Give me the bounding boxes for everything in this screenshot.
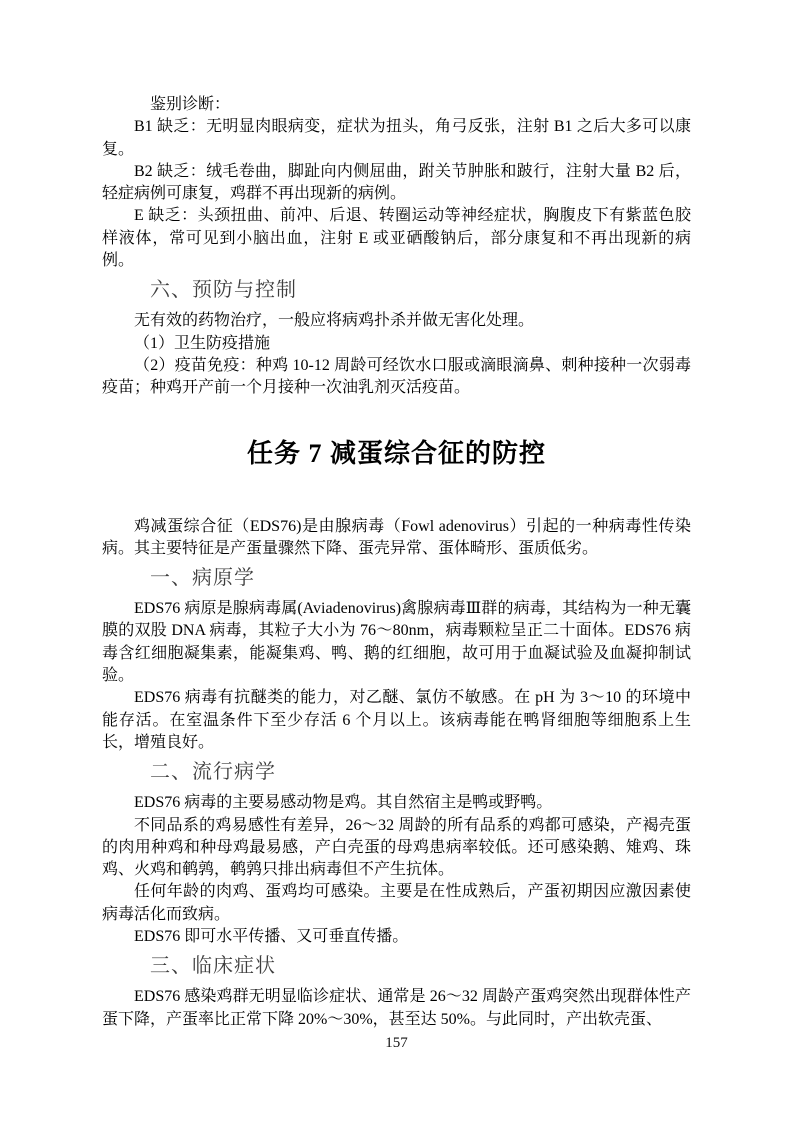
page-content: 鉴别诊断： B1 缺乏：无明显肉眼病变，症状为扭头，角弓反张，注射 B1 之后大… [102, 94, 691, 1031]
paragraph-eds76-intro: 鸡减蛋综合征（EDS76)是由腺病毒（Fowl adenovirus）引起的一种… [102, 516, 691, 561]
section-heading-epidemiology: 二、流行病学 [150, 757, 691, 787]
paragraph-clinical-signs: EDS76 感染鸡群无明显临诊症状、通常是 26～32 周龄产蛋鸡突然出现群体性… [102, 986, 691, 1031]
paragraph-age-infection: 任何年龄的肉鸡、蛋鸡均可感染。主要是在性成熟后，产蛋初期因应激因素使病毒活化而致… [102, 881, 691, 926]
paragraph-eds76-pathogen: EDS76 病原是腺病毒属(Aviadenovirus)禽腺病毒Ⅲ群的病毒，其结… [102, 598, 691, 687]
paragraph-breed-susceptibility: 不同品系的鸡易感性有差异，26～32 周龄的所有品系的鸡都可感染，产褐壳蛋的肉用… [102, 815, 691, 882]
paragraph-susceptible-animals: EDS76 病毒的主要易感动物是鸡。其自然宿主是鸭或野鸭。 [102, 792, 691, 814]
paragraph-differential-diagnosis: 鉴别诊断： [102, 94, 691, 116]
chapter-title-task7: 任务 7 减蛋综合征的防控 [102, 436, 691, 472]
section-heading-etiology: 一、病原学 [150, 563, 691, 593]
section-heading-prevention-control: 六、预防与控制 [150, 275, 691, 305]
page-number: 157 [0, 1035, 793, 1052]
paragraph-b2-deficiency: B2 缺乏：绒毛卷曲，脚趾向内侧屈曲，跗关节肿胀和跛行，注射大量 B2 后，轻症… [102, 161, 691, 206]
paragraph-e-deficiency: E 缺乏：头颈扭曲、前冲、后退、转圈运动等神经症状，胸腹皮下有紫蓝色胶样液体，常… [102, 205, 691, 272]
paragraph-vaccine-immunity: （2）疫苗免疫：种鸡 10-12 周龄可经饮水口服或滴眼滴鼻、刺种接种一次弱毒疫… [102, 355, 691, 400]
paragraph-no-treatment: 无有效的药物治疗，一般应将病鸡扑杀并做无害化处理。 [102, 310, 691, 332]
paragraph-transmission: EDS76 即可水平传播、又可垂直传播。 [102, 926, 691, 948]
section-heading-clinical-symptoms: 三、临床症状 [150, 951, 691, 981]
paragraph-b1-deficiency: B1 缺乏：无明显肉眼病变，症状为扭头，角弓反张，注射 B1 之后大多可以康复。 [102, 116, 691, 161]
paragraph-hygiene-measures: （1）卫生防疫措施 [102, 333, 691, 355]
document-page: 鉴别诊断： B1 缺乏：无明显肉眼病变，症状为扭头，角弓反张，注射 B1 之后大… [0, 0, 793, 1122]
paragraph-eds76-resistance: EDS76 病毒有抗醚类的能力，对乙醚、氯仿不敏感。在 pH 为 3～10 的环… [102, 687, 691, 754]
